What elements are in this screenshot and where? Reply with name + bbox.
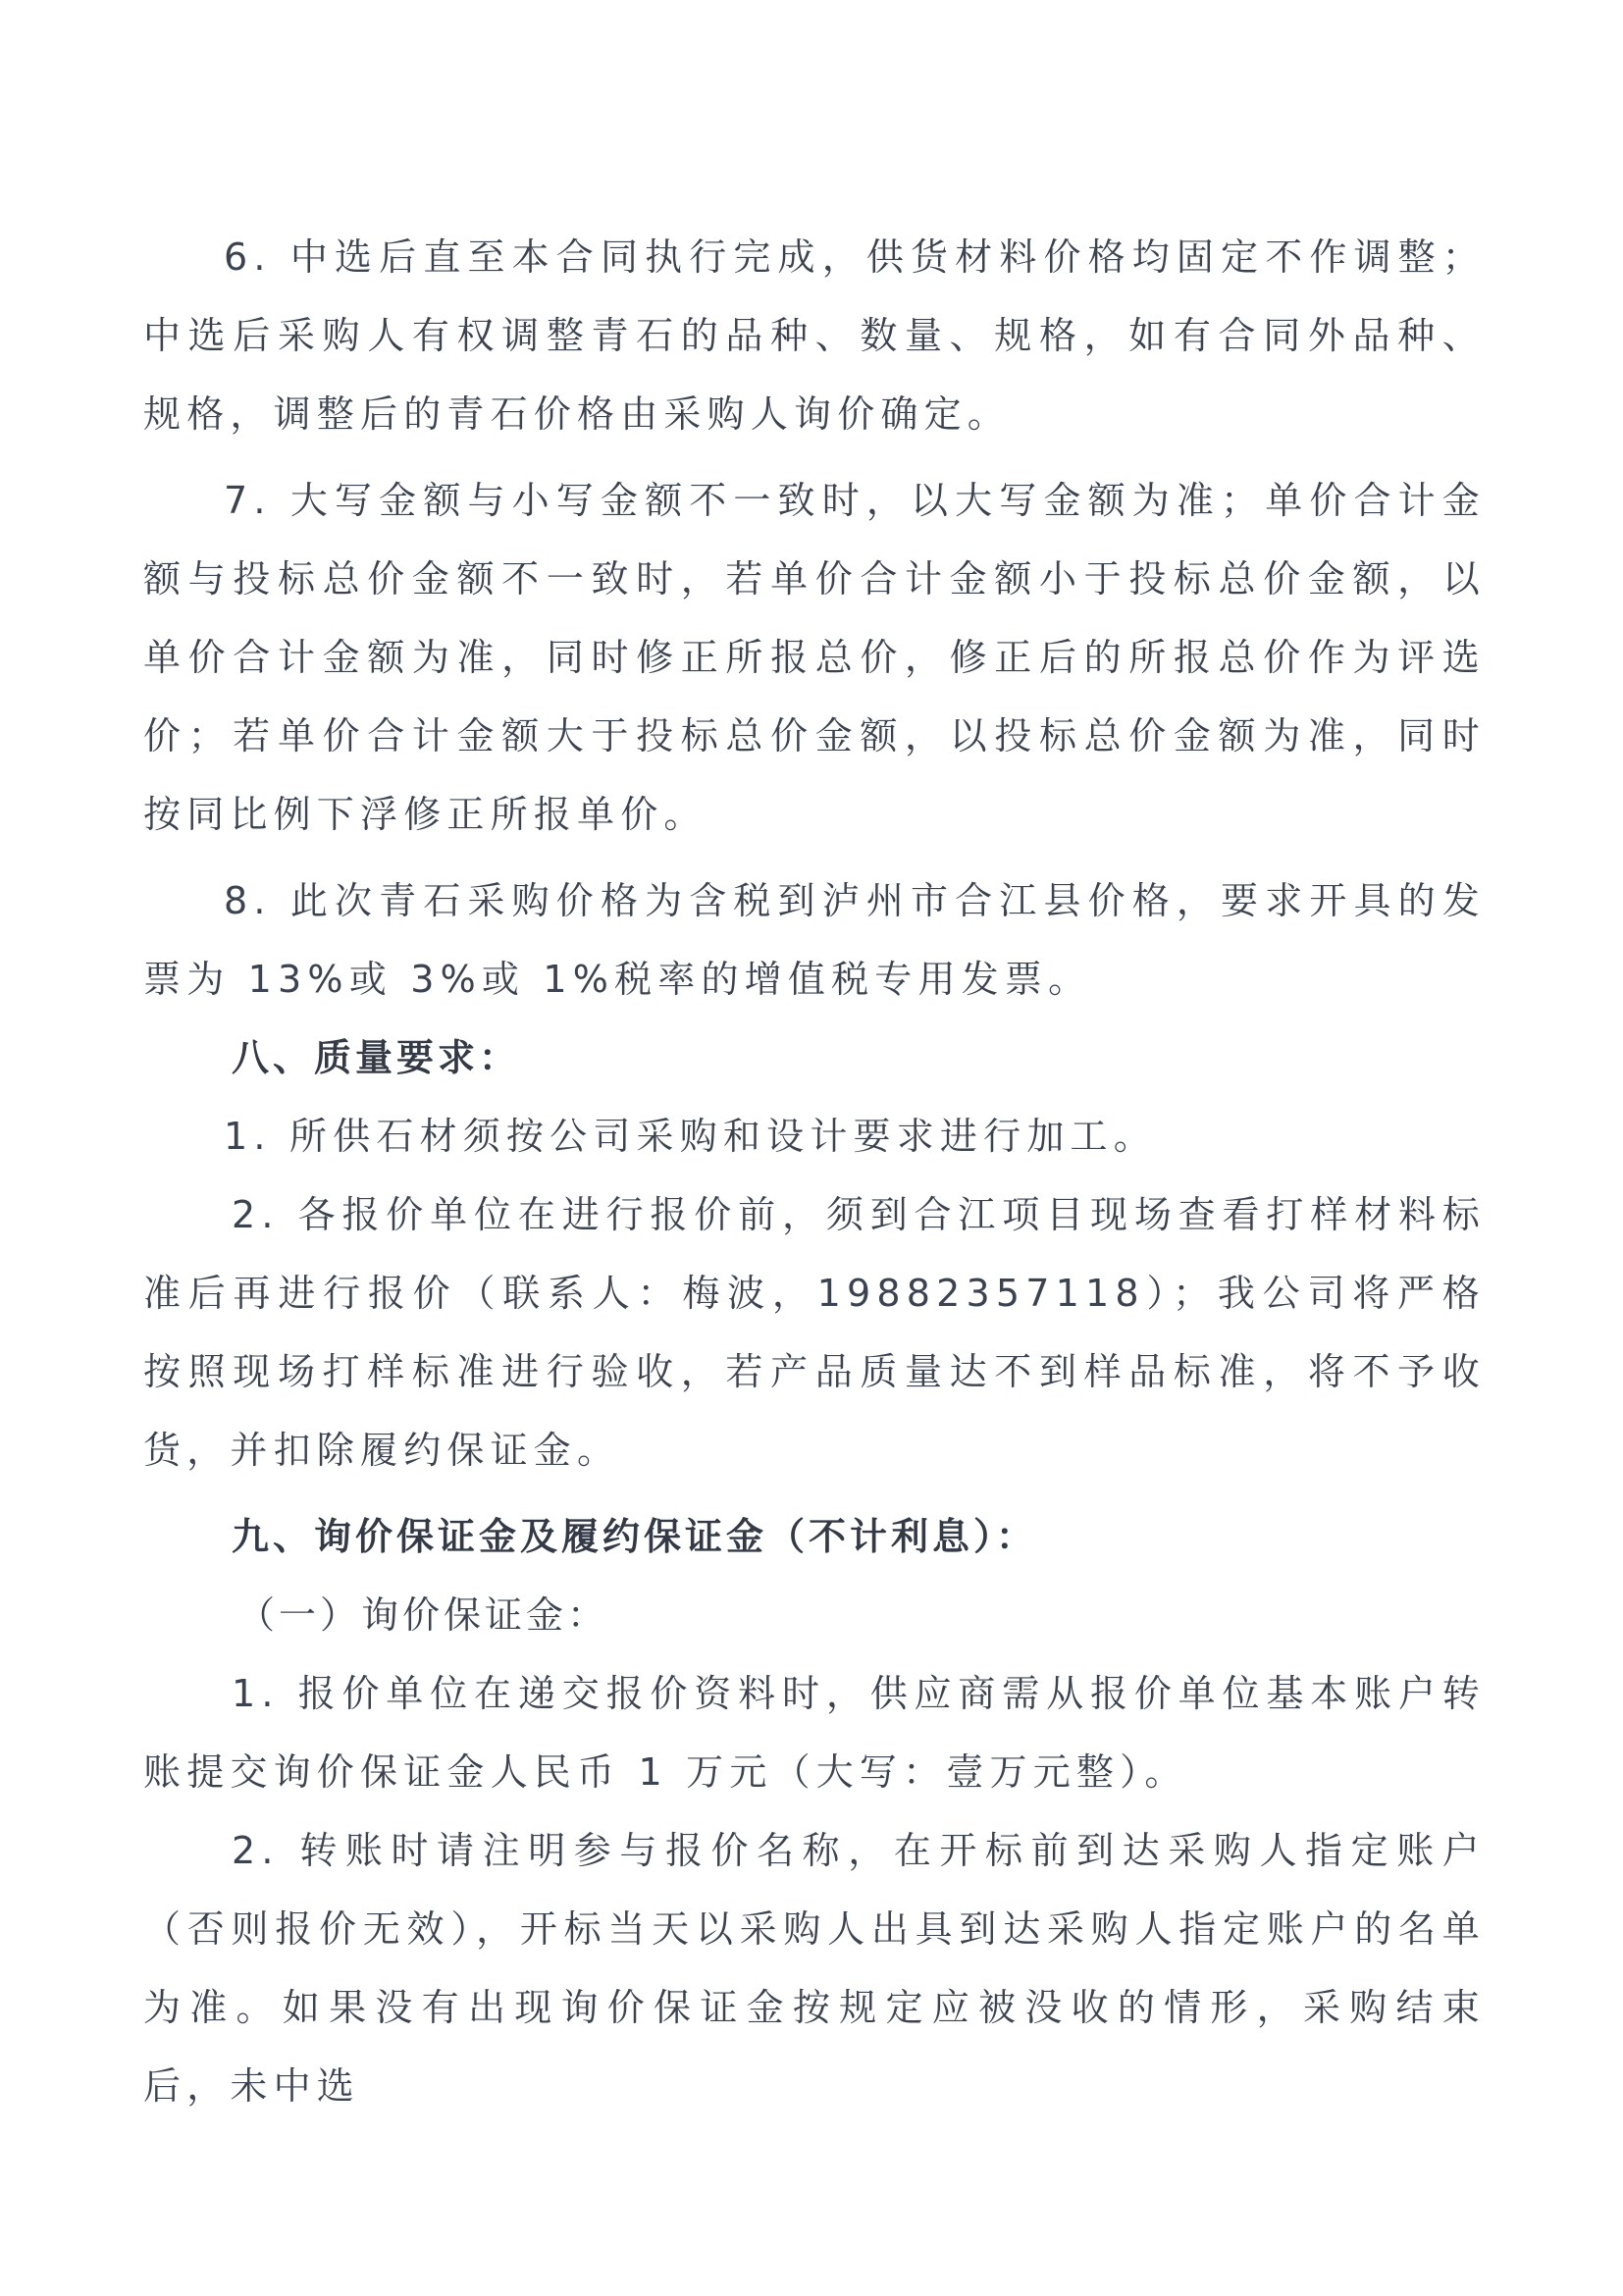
quality-item-2: 2. 各报价单位在进行报价前，须到合江项目现场查看打样材料标准后再进行报价（联系… xyxy=(143,1175,1486,1489)
clause-7-paragraph: 7. 大写金额与小写金额不一致时，以大写金额为准；单价合计金额与投标总价金额不一… xyxy=(143,461,1486,854)
deposit-item-2: 2. 转账时请注明参与报价名称，在开标前到达采购人指定账户（否则报价无效），开标… xyxy=(143,1811,1486,2125)
clause-6-paragraph: 6. 中选后直至本合同执行完成，供货材料价格均固定不作调整；中选后采购人有权调整… xyxy=(143,218,1486,453)
section-9-heading: 九、询价保证金及履约保证金（不计利息）： xyxy=(143,1497,1486,1576)
quality-item-1: 1. 所供石材须按公司采购和设计要求进行加工。 xyxy=(143,1097,1486,1175)
clause-8-paragraph: 8. 此次青石采购价格为含税到泸州市合江县价格，要求开具的发票为 13%或 3%… xyxy=(143,861,1486,1018)
document-page: 6. 中选后直至本合同执行完成，供货材料价格均固定不作调整；中选后采购人有权调整… xyxy=(143,218,1486,2125)
deposit-item-1: 1. 报价单位在递交报价资料时，供应商需从报价单位基本账户转账提交询价保证金人民… xyxy=(143,1654,1486,1811)
section-9-subheading: （一）询价保证金： xyxy=(143,1576,1486,1654)
section-8-heading: 八、质量要求： xyxy=(143,1018,1486,1097)
